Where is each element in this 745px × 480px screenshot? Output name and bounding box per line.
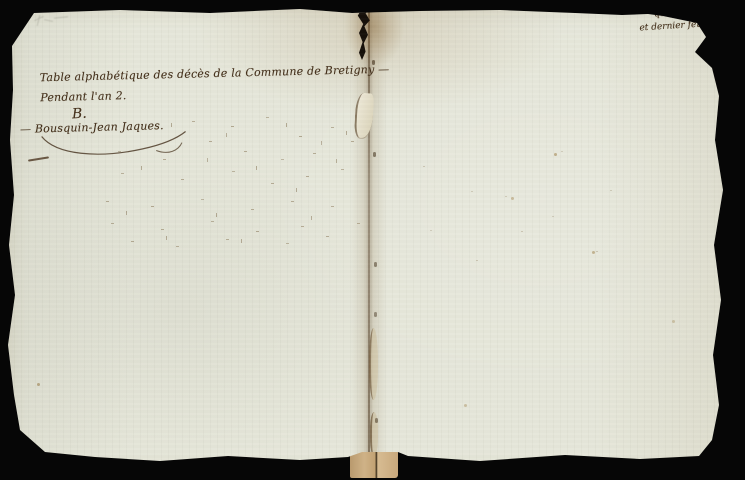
entry-name: — Bousquin-Jean Jaques.: [20, 119, 164, 136]
paraph-flourish: [699, 6, 713, 16]
bleedthrough-ticks: [0, 0, 1, 4]
corner-note-line-1: quatrième: [638, 5, 719, 23]
binding-seam: [351, 0, 387, 480]
pencil-annotation: [32, 12, 78, 32]
seam-tear-flap: [354, 93, 374, 140]
title-block: Table alphabétique des décès de la Commu…: [40, 60, 390, 109]
section-letter: B.: [72, 106, 88, 123]
manuscript-spread: Table alphabétique des décès de la Commu…: [0, 0, 745, 480]
seam-slit-lower: [370, 412, 378, 456]
scan-background: Table alphabétique des décès de la Commu…: [0, 0, 745, 480]
bleedthrough-specks: [0, 0, 3, 1]
signature-flourish: [38, 128, 191, 161]
stitch-holes: [372, 60, 375, 65]
corner-note: quatrième et dernier feuillet: [638, 5, 720, 36]
foxing-spots: [0, 0, 3, 3]
title-line-2: Pendant l'an 2.: [40, 80, 390, 109]
seam-slit: [369, 328, 378, 400]
bleedthrough-specks-right: [0, 0, 2, 1]
ink-dash: [28, 156, 49, 161]
corner-note-line-2: et dernier feuillet: [639, 18, 720, 36]
seam-crease: [368, 0, 370, 480]
title-line-1: Table alphabétique des décès de la Commu…: [40, 60, 390, 89]
seam-stain: [332, 0, 416, 120]
seam-tear-top: [350, 0, 380, 60]
